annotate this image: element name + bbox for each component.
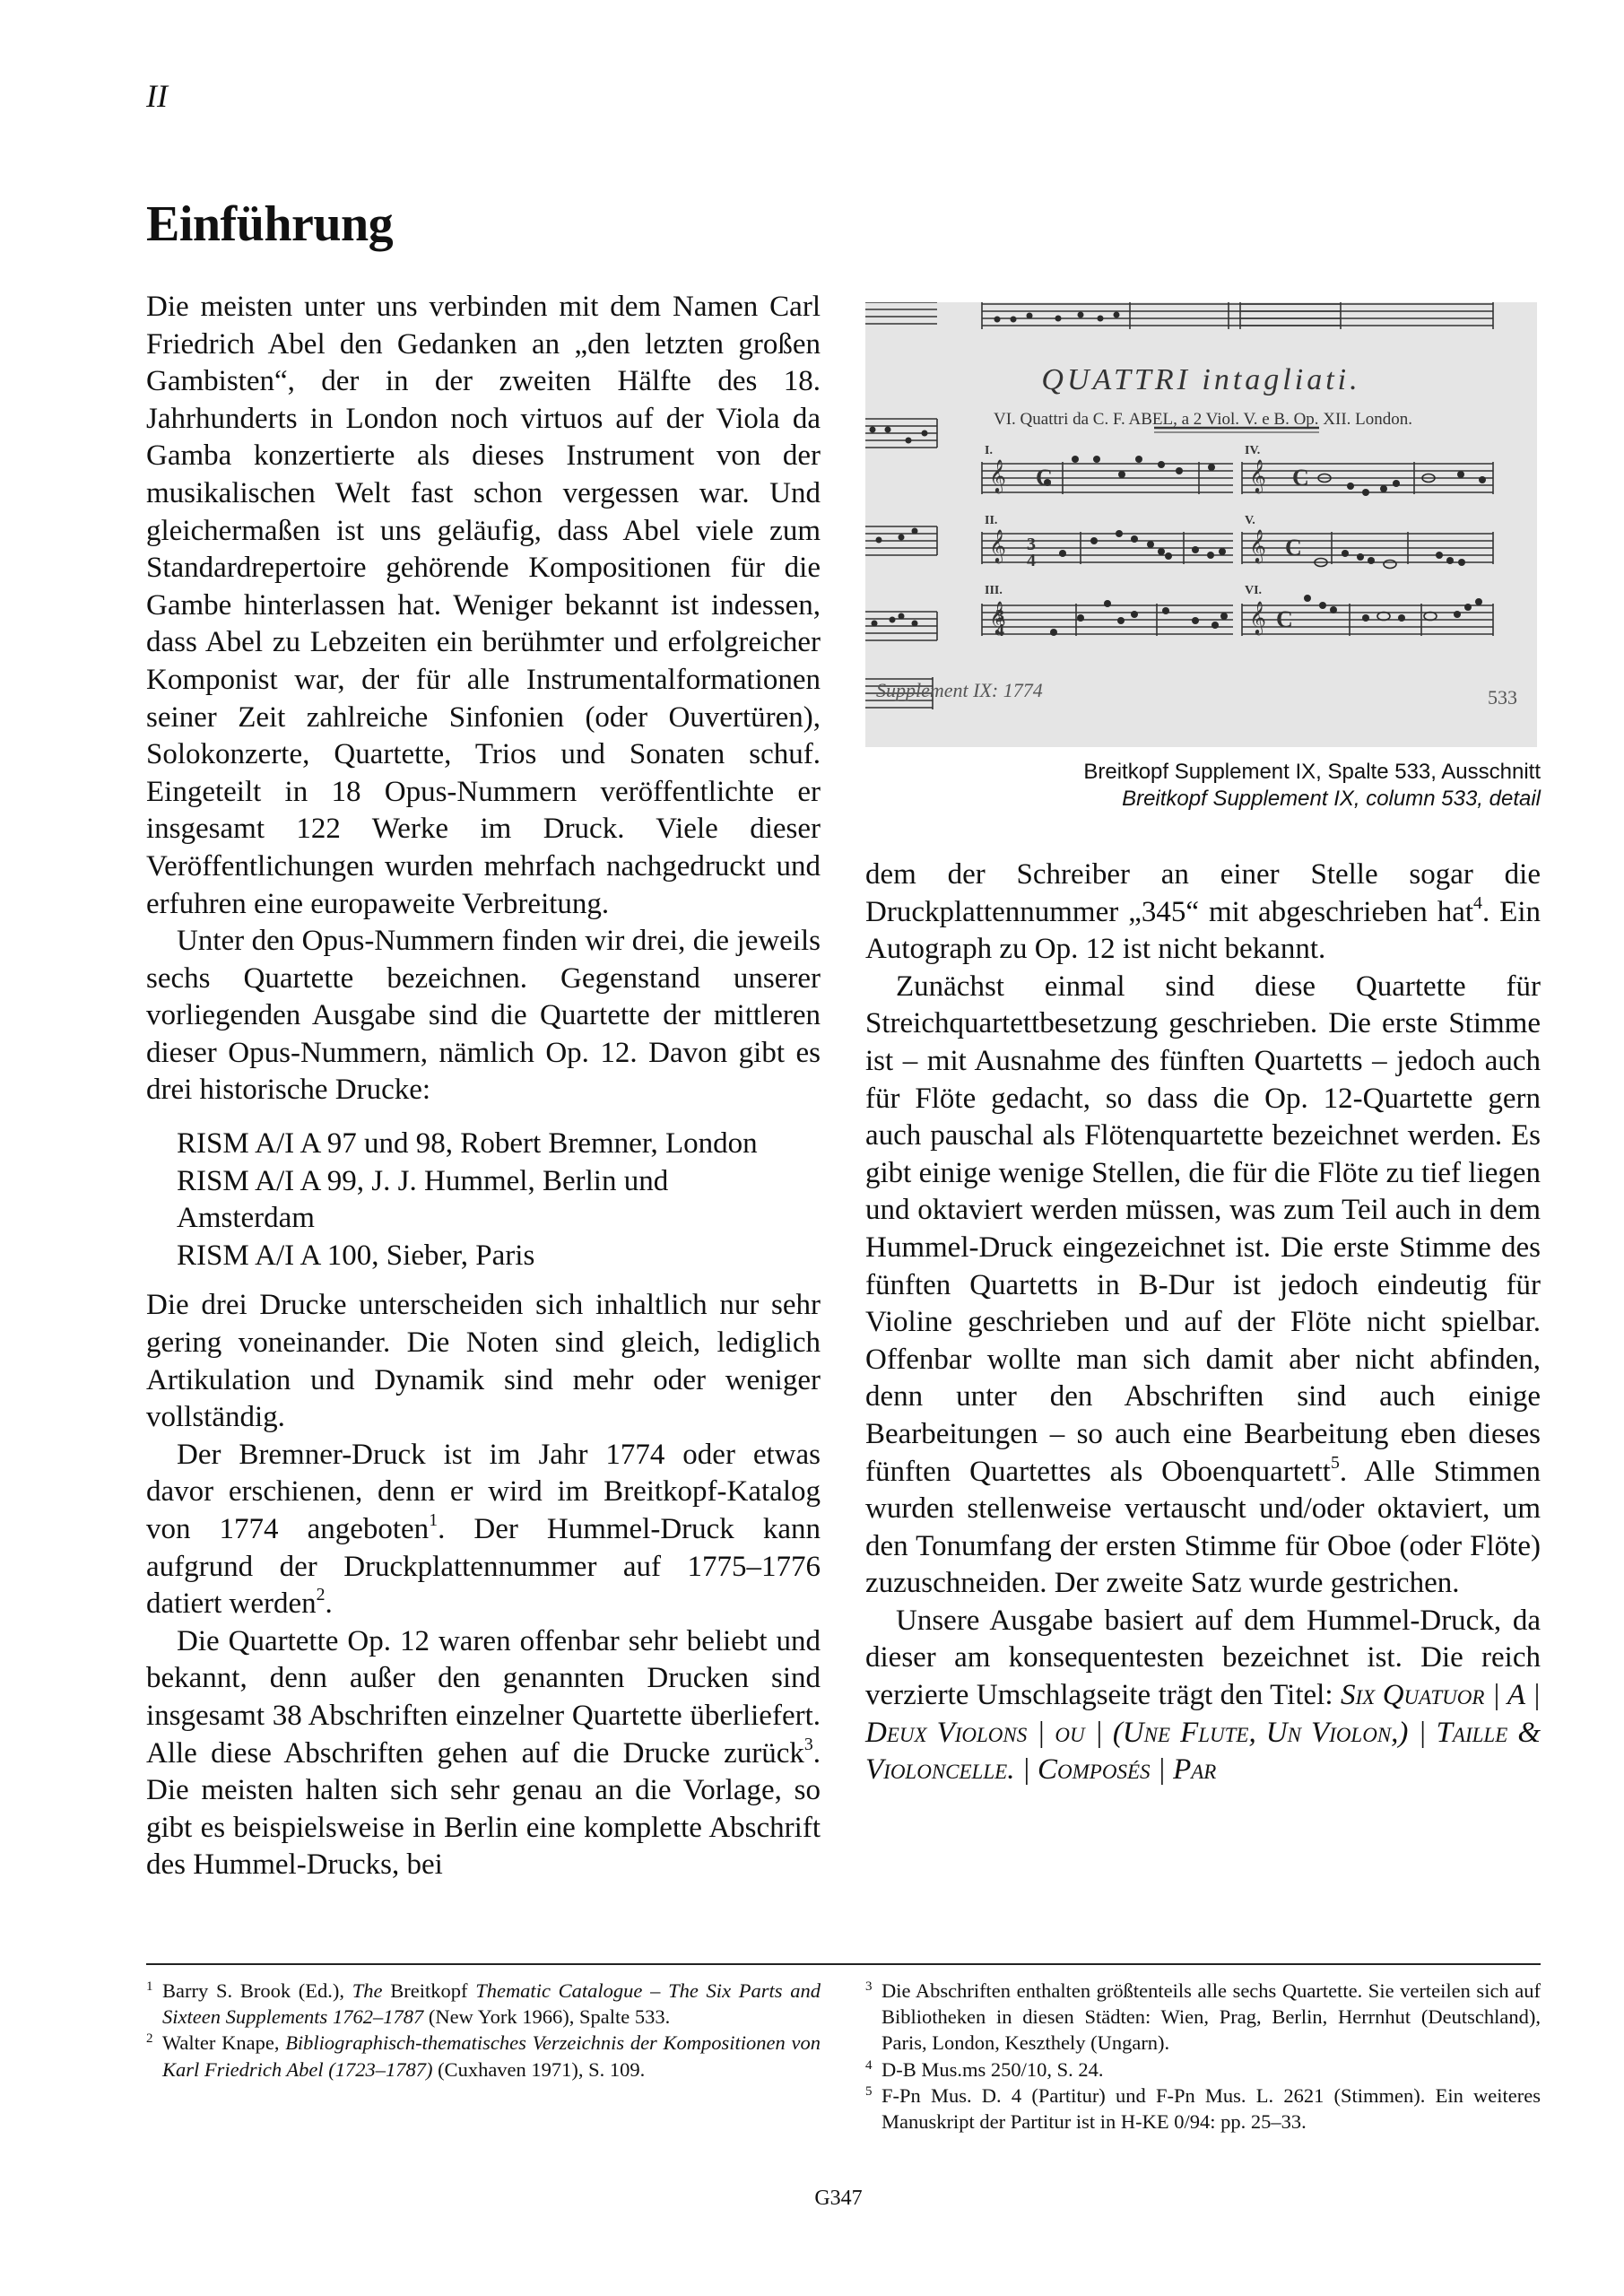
text: Walter Knape, [162,2031,285,2054]
open-notes [1315,474,1437,621]
note-heads [870,312,1487,637]
clef-icon: 𝄞 [989,529,1006,563]
page-number-bottom: G347 [0,2187,1624,2211]
figure-caption-english: Breitkopf Supplement IX, column 533, det… [1122,786,1541,813]
footnotes-left: 1Barry S. Brook (Ed.), The Breitkopf The… [146,1978,821,2083]
footnote-ref-1[interactable]: 1 [429,1510,438,1530]
clef-icon: 𝄞 [989,459,1006,493]
page-number-top: II [146,77,168,115]
figure-footer-right: 533 [1488,686,1517,709]
clef-icon: 𝄞 [1249,529,1266,563]
incipit-label: III. [985,584,1003,598]
figure-title: QUATTRI intagliati. [865,363,1537,397]
footnote-2: 2Walter Knape, Bibliographisch-thematisc… [146,2030,821,2082]
footnote-4: 4D-B Mus.ms 250/10, S. 24. [865,2057,1541,2083]
incipit-label: IV. [1245,444,1260,458]
incipit-label: II. [985,514,997,528]
time-signature: C [1276,606,1293,632]
text: Barry S. Brook (Ed.), [162,1979,352,2002]
paragraph-copies: Die Quartette Op. 12 waren offenbar sehr… [146,1623,821,1884]
clef-icon: 𝄞 [1249,459,1266,493]
text: Die Quartette Op. 12 waren offenbar sehr… [146,1625,821,1770]
text: (New York 1966), Spalte 533. [423,2005,670,2028]
rism-item: RISM A/I A 100, Sieber, Paris [177,1238,821,1275]
time-signature: 4 [1027,551,1036,570]
footnotes-right: 3Die Abschriften enthalten größtenteils … [865,1978,1541,2135]
footnote-ref-3[interactable]: 3 [804,1735,813,1754]
footnote-ref-4[interactable]: 4 [1473,893,1482,913]
clef-icon: 𝄞 [989,601,1006,635]
page-title: Einführung [146,196,393,253]
figure-caption-german: Breitkopf Supplement IX, Spalte 533, Aus… [1083,759,1541,786]
paragraph-bremner: Der Bremner-Druck ist im Jahr 1774 oder … [146,1437,821,1623]
paragraph-intro: Die meisten unter uns verbinden mit dem … [146,289,821,923]
time-signature: C [1036,465,1053,491]
rism-item: Amsterdam [177,1200,821,1238]
right-column: dem der Schreiber an einer Stelle sogar … [865,857,1541,1789]
incipit-staves [982,428,1493,636]
rism-item: RISM A/I A 97 und 98, Robert Bremner, Lo… [177,1126,821,1163]
text: D-B Mus.ms 250/10, S. 24. [881,2058,1104,2081]
footnote-3: 3Die Abschriften enthalten größtenteils … [865,1978,1541,2057]
incipit-label: V. [1245,514,1255,528]
rism-list: RISM A/I A 97 und 98, Robert Bremner, Lo… [177,1126,821,1274]
text: F-Pn Mus. D. 4 (Partitur) und F-Pn Mus. … [881,2084,1541,2133]
left-column: Die meisten unter uns verbinden mit dem … [146,289,821,1884]
footnote-ref-5[interactable]: 5 [1331,1453,1340,1473]
rism-item: RISM A/I A 99, J. J. Hummel, Berlin und [177,1163,821,1201]
text: (Cuxhaven 1971), S. 109. [432,2058,645,2081]
staff-left-margin [865,419,937,709]
time-signature: C [1285,535,1302,561]
incipit-label: I. [985,444,993,458]
footnote-divider [146,1963,1541,1965]
paragraph-opus: Unter den Opus-Nummern finden wir drei, … [146,923,821,1109]
footnote-1: 1Barry S. Brook (Ed.), The Breitkopf The… [146,1978,821,2030]
clef-icon: 𝄞 [1249,601,1266,635]
paragraph-instrumentation: Zunächst einmal sind diese Quartette für… [865,969,1541,1603]
footnote-ref-2[interactable]: 2 [317,1585,326,1605]
figure-subtitle: VI. Quattri da C. F. ABEL, a 2 Viol. V. … [994,410,1412,430]
text: Breitkopf [383,1979,476,2002]
text: Zunächst einmal sind diese Quartette für… [865,970,1541,1488]
breitkopf-catalogue-image: C C C C 3 4 3 4 𝄞 𝄞 𝄞 𝄞 𝄞 𝄞 QUATTRI inta… [865,302,1537,747]
staff-top-partial [865,302,1493,329]
incipit-label: VI. [1245,584,1262,598]
time-signature: C [1292,465,1309,491]
footnote-5: 5F-Pn Mus. D. 4 (Partitur) und F-Pn Mus.… [865,2083,1541,2135]
figure-footer-left: Supplement IX: 1774 [876,679,1043,702]
text: The [352,1979,383,2002]
text: . [326,1587,333,1620]
text: dem der Schreiber an einer Stelle sogar … [865,858,1541,928]
paragraph-edition: Unsere Ausgabe basiert auf dem Hummel-Dr… [865,1603,1541,1789]
paragraph-plate-number: dem der Schreiber an einer Stelle sogar … [865,857,1541,969]
text: Die Abschriften enthalten größtenteils a… [881,1979,1541,2054]
paragraph-prints: Die drei Drucke unterscheiden sich inhal… [146,1287,821,1436]
